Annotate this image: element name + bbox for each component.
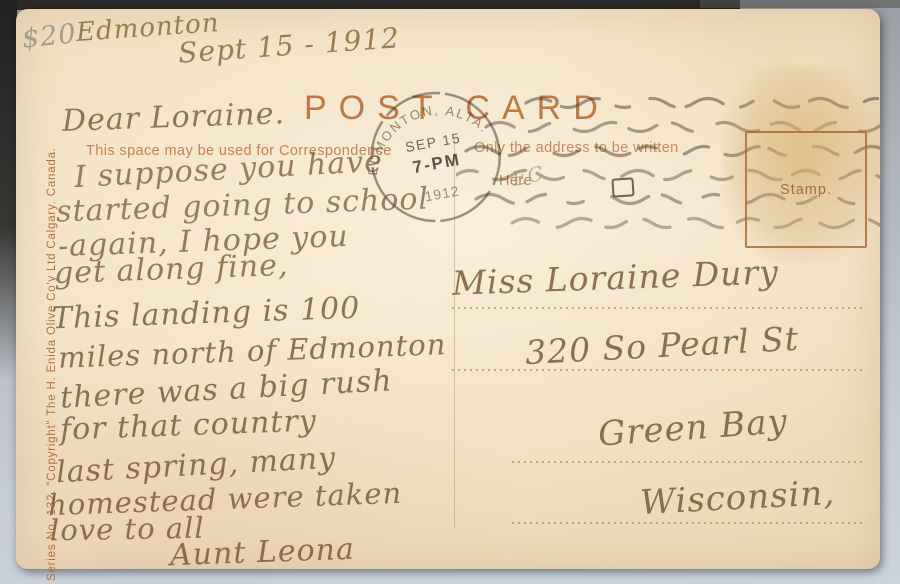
address-rule-line (512, 522, 864, 524)
pencil-price-note: $20 (21, 18, 78, 55)
stamp-box-label: Stamp. (780, 182, 832, 198)
scanner-shadow-left (0, 0, 17, 380)
address-line: Wisconsin, (639, 473, 836, 523)
postmark-time: 7-PM (411, 150, 462, 177)
address-rule-line (512, 461, 864, 463)
address-rule-line (452, 369, 866, 371)
message-line: for that country (59, 404, 317, 448)
message-line: Dear Loraine. (61, 96, 285, 139)
message-line: This landing is 100 (51, 291, 360, 337)
scanned-postcard-image: $20 Edmonton Sept 15 - 1912 POST CARD Th… (0, 0, 900, 584)
stamp-box: Stamp. (745, 131, 867, 248)
cancel-square-mark (611, 177, 634, 197)
postcard-back: $20 Edmonton Sept 15 - 1912 POST CARD Th… (16, 9, 880, 569)
address-rule-line (452, 307, 864, 309)
address-line: Miss Loraine Dury (451, 252, 779, 302)
message-line: get along fine, (53, 248, 289, 291)
message-line: Aunt Leona (169, 532, 355, 573)
scanner-shadow-top-right (700, 0, 900, 8)
address-line: Green Bay (597, 401, 789, 454)
address-line: 320 So Pearl St (524, 319, 800, 372)
